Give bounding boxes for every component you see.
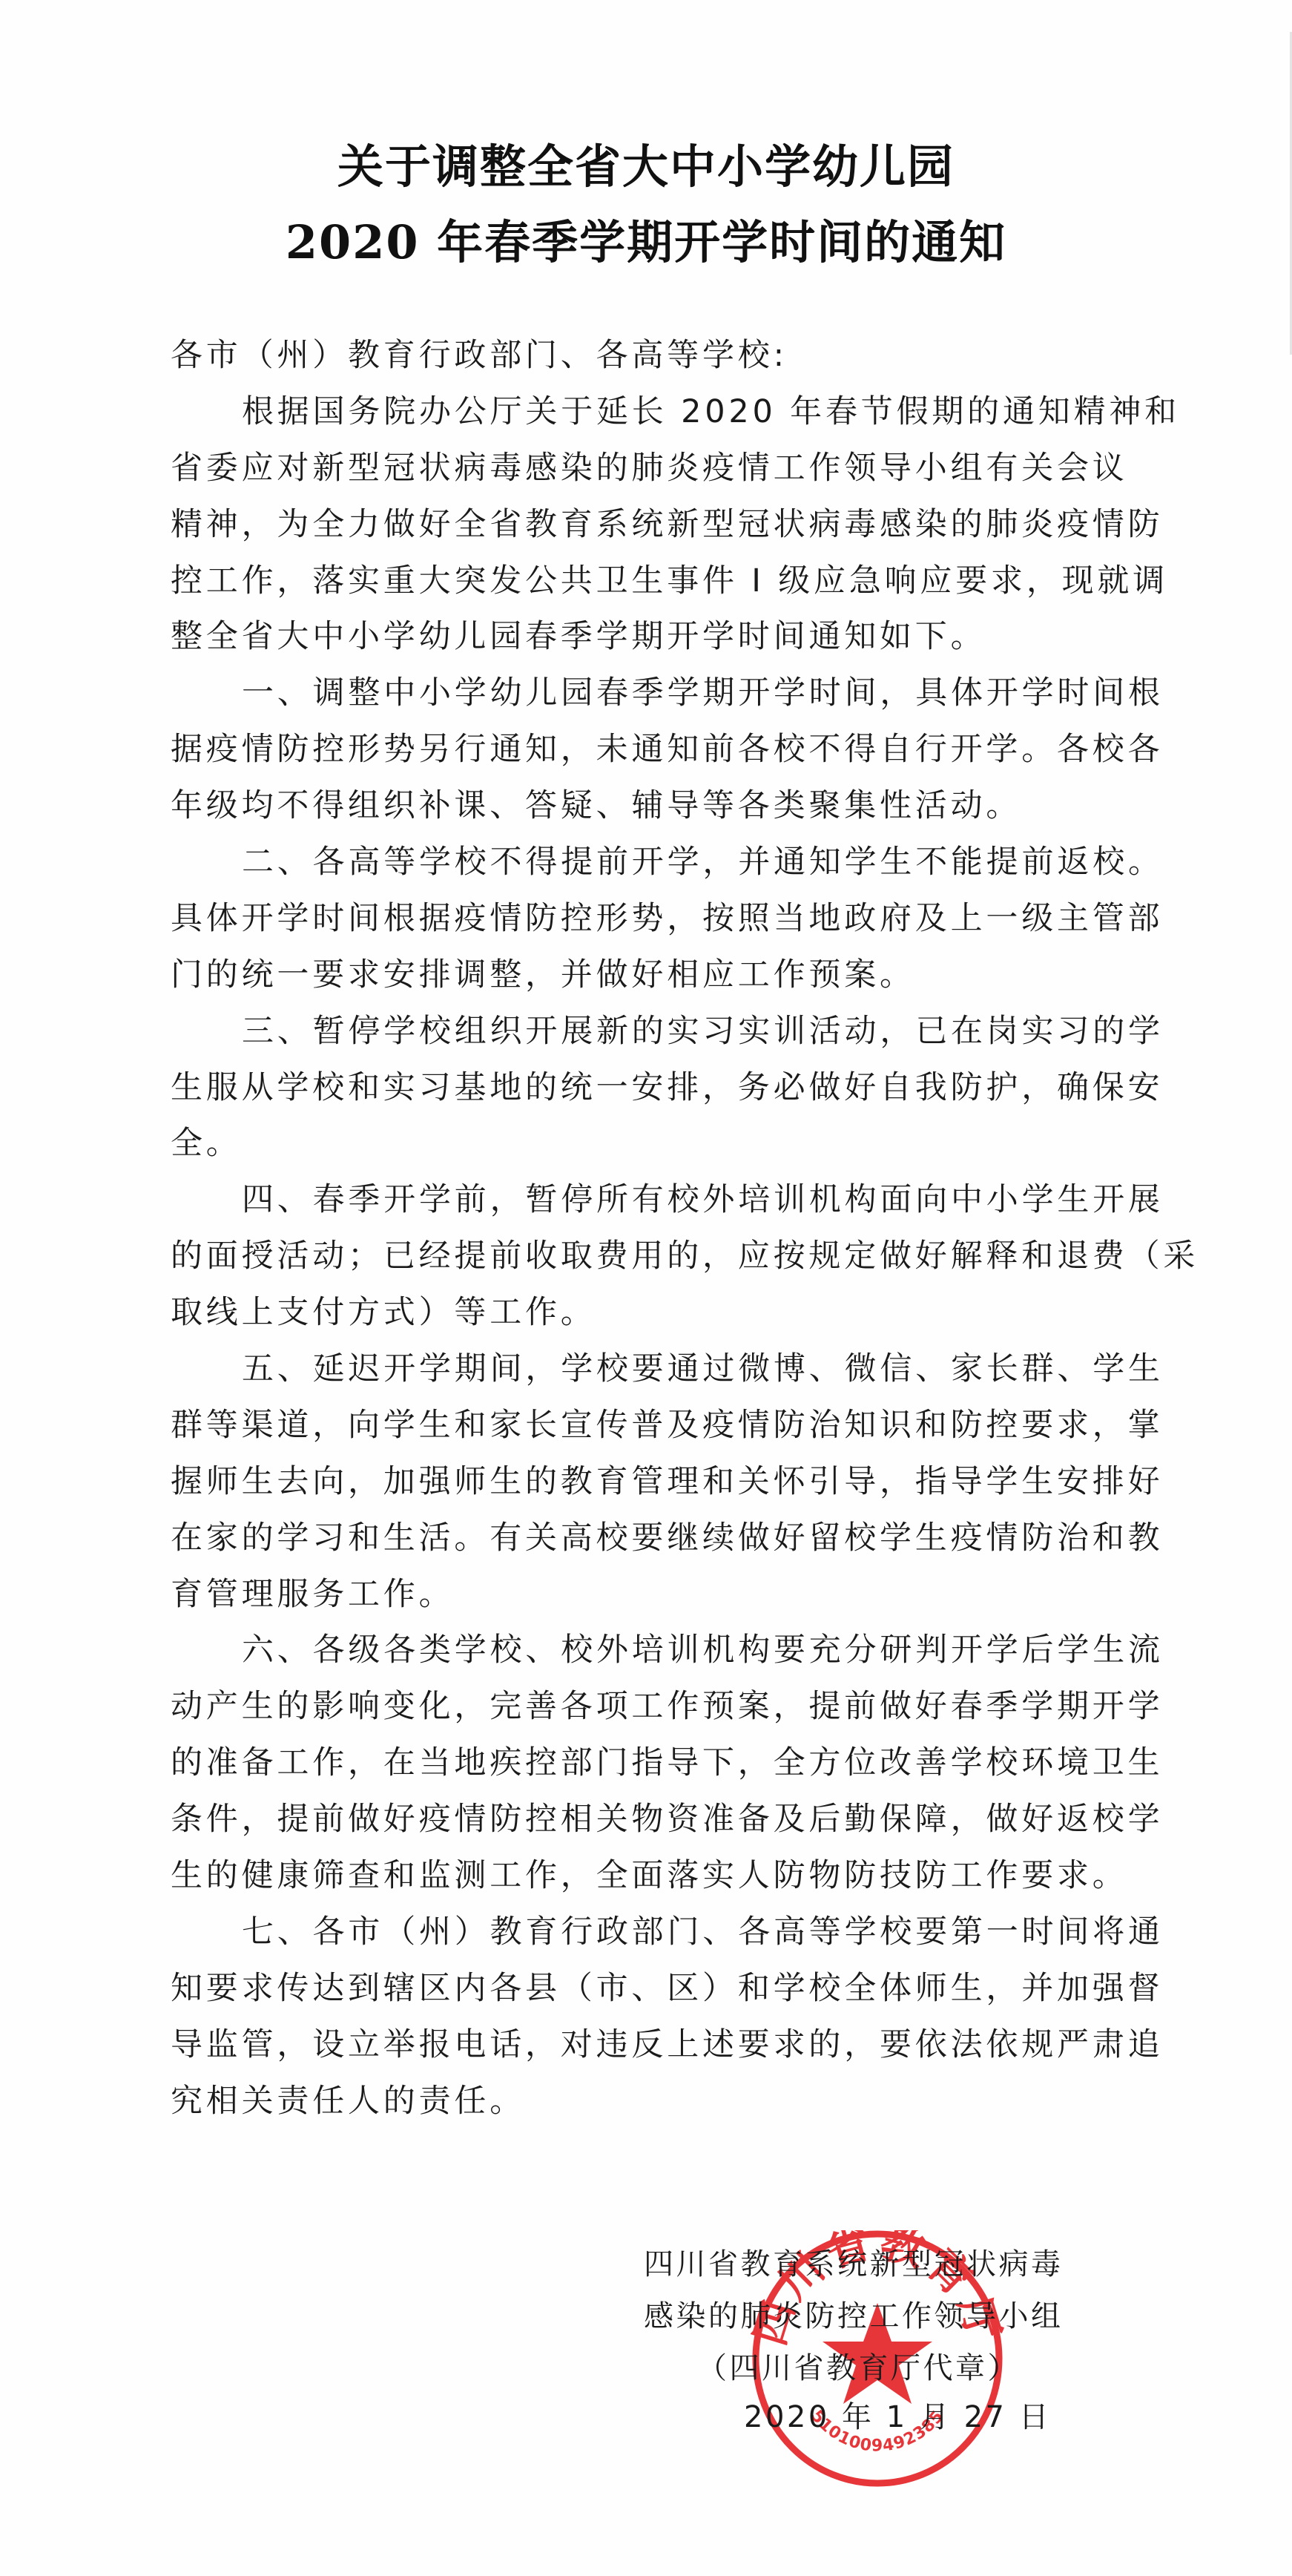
- paragraph-item-3-line: 生服从学校和实习基地的统一安排，务必做好自我防护，确保安: [171, 1060, 1135, 1117]
- paragraph-item-6-line: 动产生的影响变化，完善各项工作预案，提前做好春季学期开学: [171, 1679, 1135, 1735]
- paragraph-item-1-line: 据疫情防控形势另行通知，未通知前各校不得自行开学。各校各: [171, 722, 1135, 778]
- paragraph-item-7-line: 究相关责任人的责任。: [171, 2074, 1135, 2130]
- document-page: 关于调整全省大中小学幼儿园 2020 年春季学期开学时间的通知 各市（州）教育行…: [0, 0, 1292, 2576]
- document-title-line-1: 关于调整全省大中小学幼儿园: [0, 137, 1292, 197]
- paragraph-item-3-line: 三、暂停学校组织开展新的实习实训活动，已在岗实习的学: [171, 1004, 1135, 1060]
- paragraph-intro-line: 根据国务院办公厅关于延长 2020 年春节假期的通知精神和: [171, 384, 1135, 441]
- paragraph-item-5-line: 在家的学习和生活。有关高校要继续做好留校学生疫情防治和教: [171, 1511, 1135, 1567]
- paragraph-intro-line: 精神，为全力做好全省教育系统新型冠状病毒感染的肺炎疫情防: [171, 497, 1135, 553]
- paragraph-intro-line: 控工作，落实重大突发公共卫生事件 I 级应急响应要求，现就调: [171, 553, 1135, 610]
- paragraph-item-7-line: 知要求传达到辖区内各县（市、区）和学校全体师生，并加强督: [171, 1961, 1135, 2017]
- paragraph-intro-line: 省委应对新型冠状病毒感染的肺炎疫情工作领导小组有关会议: [171, 441, 1135, 497]
- paragraph-item-6-line: 生的健康筛查和监测工作，全面落实人防物防技防工作要求。: [171, 1848, 1135, 1905]
- paragraph-item-5-line: 群等渠道，向学生和家长宣传普及疫情防治知识和防控要求，掌: [171, 1398, 1135, 1454]
- paragraph-item-4-line: 四、春季开学前，暂停所有校外培训机构面向中小学生开展: [171, 1172, 1135, 1229]
- document-title-line-2: 2020 年春季学期开学时间的通知: [0, 213, 1292, 272]
- paragraph-item-2-line: 二、各高等学校不得提前开学，并通知学生不能提前返校。: [171, 835, 1135, 891]
- paragraph-item-5-line: 五、延迟开学期间，学校要通过微博、微信、家长群、学生: [171, 1341, 1135, 1398]
- paragraph-item-4-line: 的面授活动；已经提前收取费用的，应按规定做好解释和退费（采: [171, 1229, 1135, 1285]
- issue-date: 2020 年 1 月 27 日: [744, 2391, 1051, 2443]
- paragraph-intro-line: 整全省大中小学幼儿园春季学期开学时间通知如下。: [171, 609, 1135, 666]
- paragraph-item-7-line: 七、各市（州）教育行政部门、各高等学校要第一时间将通: [171, 1905, 1135, 1961]
- paragraph-item-5-line: 育管理服务工作。: [171, 1567, 1135, 1623]
- seal-note: （四川省教育厅代章）: [697, 2342, 1020, 2394]
- paragraph-item-5-line: 握师生去向，加强师生的教育管理和关怀引导，指导学生安排好: [171, 1454, 1135, 1511]
- issuer-line-1: 四川省教育系统新型冠状病毒: [644, 2238, 1064, 2290]
- paragraph-item-6-line: 条件，提前做好疫情防控相关物资准备及后勤保障，做好返校学: [171, 1792, 1135, 1848]
- paragraph-item-6-line: 的准备工作，在当地疾控部门指导下，全方位改善学校环境卫生: [171, 1735, 1135, 1792]
- paragraph-item-1-line: 一、调整中小学幼儿园春季学期开学时间，具体开学时间根: [171, 666, 1135, 722]
- paragraph-item-4-line: 取线上支付方式）等工作。: [171, 1285, 1135, 1341]
- paragraph-item-7-line: 导监管，设立举报电话，对违反上述要求的，要依法依规严肃追: [171, 2017, 1135, 2074]
- paragraph-item-6-line: 六、各级各类学校、校外培训机构要充分研判开学后学生流: [171, 1623, 1135, 1679]
- paragraph-item-2-line: 具体开学时间根据疫情防控形势，按照当地政府及上一级主管部: [171, 891, 1135, 947]
- document-body: 各市（州）教育行政部门、各高等学校: 根据国务院办公厅关于延长 2020 年春节…: [171, 328, 1135, 2130]
- issuer-line-2: 感染的肺炎防控工作领导小组: [644, 2290, 1064, 2342]
- paragraph-item-3-line: 全。: [171, 1116, 1135, 1172]
- salutation: 各市（州）教育行政部门、各高等学校:: [171, 328, 1135, 384]
- paragraph-item-2-line: 门的统一要求安排调整，并做好相应工作预案。: [171, 947, 1135, 1004]
- paragraph-item-1-line: 年级均不得组织补课、答疑、辅导等各类聚集性活动。: [171, 778, 1135, 835]
